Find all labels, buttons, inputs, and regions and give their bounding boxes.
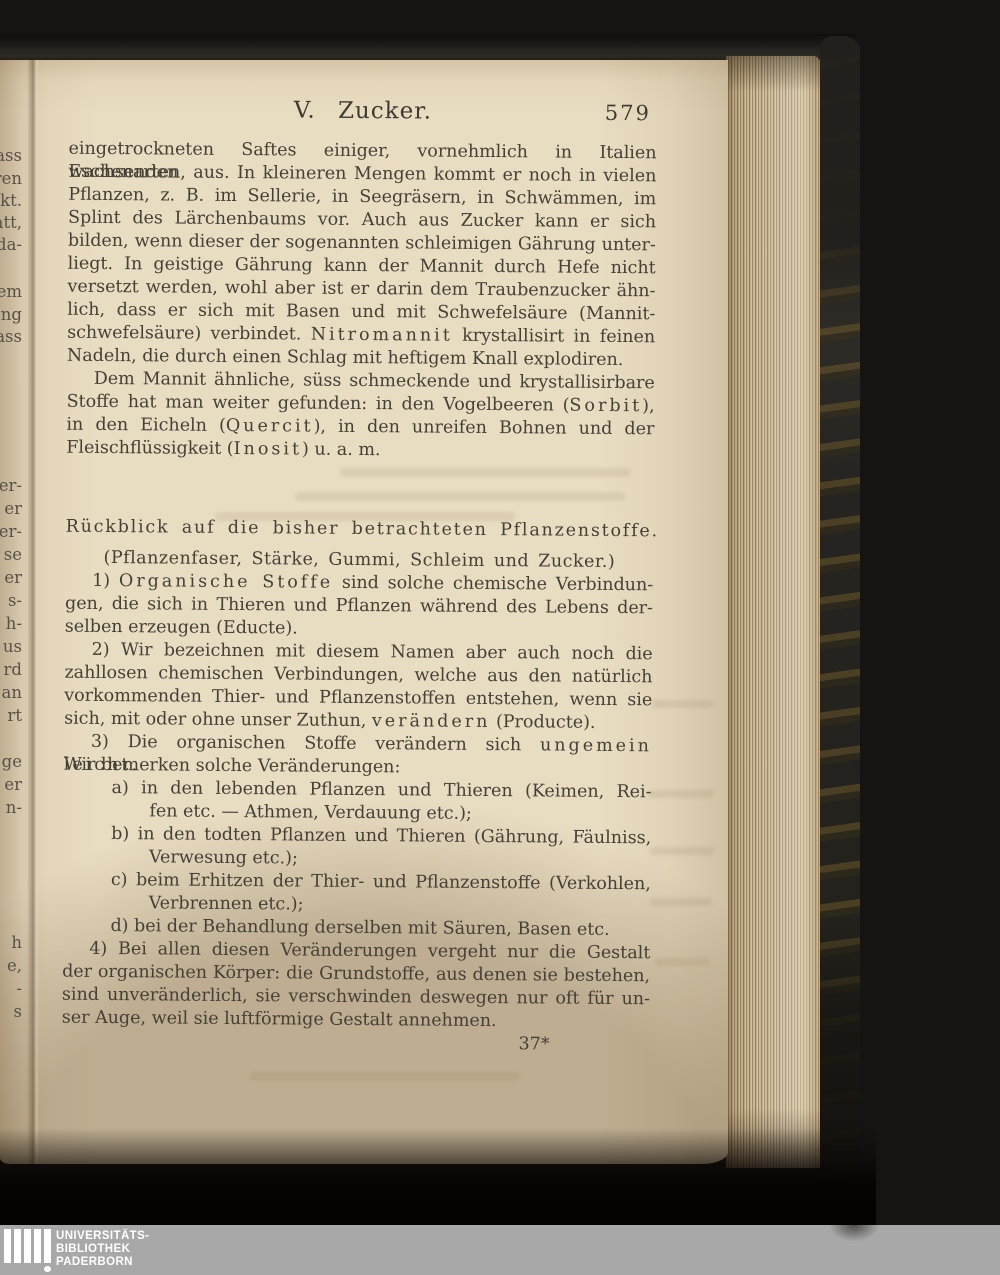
screenshot-root: assrenkt.att,da-emngasser-erer-seers-h-u…	[0, 0, 1000, 1275]
facing-page-text-fragment: er-	[0, 476, 22, 496]
facing-page-text-fragment: s-	[8, 591, 22, 611]
text-block: V. Zucker. 579 eingetrockneten Saftes ei…	[61, 96, 656, 1058]
chapter-heading: V. Zucker.	[294, 97, 432, 124]
facing-page-text-fragment: ge	[2, 752, 22, 772]
facing-page-text-fragment: -	[16, 979, 22, 999]
book-page: assrenkt.att,da-emngasser-erer-seers-h-u…	[0, 60, 728, 1164]
show-through-smudge	[648, 790, 714, 798]
library-footer-bar: UNIVERSITÄTS- BIBLIOTHEK PADERBORN	[0, 1225, 1000, 1275]
letterspaced-term: Nitromannit	[311, 325, 453, 346]
library-name-line: BIBLIOTHEK	[56, 1243, 149, 1256]
facing-page-text-fragment: e,	[7, 956, 22, 976]
facing-page-text-fragment: ass	[0, 327, 22, 347]
text-line: Fleischflüssigkeit (Inosit) u. a. m.	[66, 437, 654, 465]
facing-page-text-fragment: att,	[0, 213, 22, 233]
facing-page-text-fragment: er	[4, 775, 22, 795]
facing-page-text-fragment: er	[4, 568, 22, 588]
facing-page-text-fragment: rt	[7, 706, 22, 726]
text-line: Rückblick auf die bisher betrachteten Pf…	[66, 516, 654, 544]
book-binding-edge	[820, 36, 860, 1186]
binding-shadow-on-bar	[826, 1225, 882, 1247]
logo-bar-stripe	[34, 1229, 41, 1263]
library-name-line: UNIVERSITÄTS-	[56, 1230, 149, 1243]
facing-page-sliver: assrenkt.att,da-emngasser-erer-seers-h-u…	[0, 60, 26, 1164]
running-header: V. Zucker. 579	[69, 96, 657, 143]
letterspaced-term: Quercit	[226, 416, 314, 437]
facing-page-text-fragment: se	[4, 545, 22, 565]
facing-page-text-fragment: er-	[0, 522, 22, 542]
show-through-smudge	[650, 898, 712, 906]
facing-page-text-fragment: an	[2, 683, 22, 703]
letterspaced-term: verändern	[372, 711, 491, 732]
facing-page-text-fragment: h-	[6, 614, 22, 634]
ub-paderborn-logo-icon	[4, 1229, 54, 1273]
facing-page-text-fragment: n-	[6, 798, 22, 818]
facing-page-text-fragment: em	[0, 282, 22, 302]
facing-page-text-fragment: h	[11, 933, 22, 953]
letterspaced-term: Organische Stoffe	[119, 571, 333, 593]
facing-page-text-fragment: ass	[0, 146, 22, 166]
facing-page-text-fragment: er	[4, 499, 22, 519]
library-name: UNIVERSITÄTS- BIBLIOTHEK PADERBORN	[56, 1230, 149, 1269]
facing-page-text-fragment: kt.	[0, 191, 22, 211]
library-name-line: PADERBORN	[56, 1256, 149, 1269]
facing-page-text-fragment: da-	[0, 235, 22, 255]
facing-page-text-fragment: us	[3, 637, 22, 657]
text-block-lines: eingetrockneten Saftes einiger, vornehml…	[61, 138, 656, 1058]
logo-bar-stripe	[44, 1229, 51, 1263]
show-through-smudge	[652, 700, 712, 708]
show-through-smudge	[655, 958, 710, 966]
show-through-smudge	[650, 847, 714, 855]
facing-page-text-fragment: ng	[1, 305, 22, 325]
show-through-smudge	[250, 1072, 520, 1081]
letterspaced-term: Sorbit	[569, 396, 642, 417]
logo-bar-stripe	[24, 1229, 31, 1263]
gutter-crease	[27, 60, 39, 1164]
page-fore-edges	[726, 56, 822, 1168]
facing-page-text-fragment: s	[14, 1002, 22, 1022]
facing-page-text-fragment: ren	[0, 169, 22, 189]
facing-page-text-fragment: rd	[4, 660, 22, 680]
logo-bar-stripe	[4, 1229, 11, 1263]
text-line: 37*	[61, 1030, 649, 1058]
letterspaced-term: Inosit	[234, 439, 302, 460]
logo-bar-stripe	[14, 1229, 21, 1263]
page-number: 579	[605, 101, 651, 125]
logo-dot	[44, 1266, 51, 1272]
